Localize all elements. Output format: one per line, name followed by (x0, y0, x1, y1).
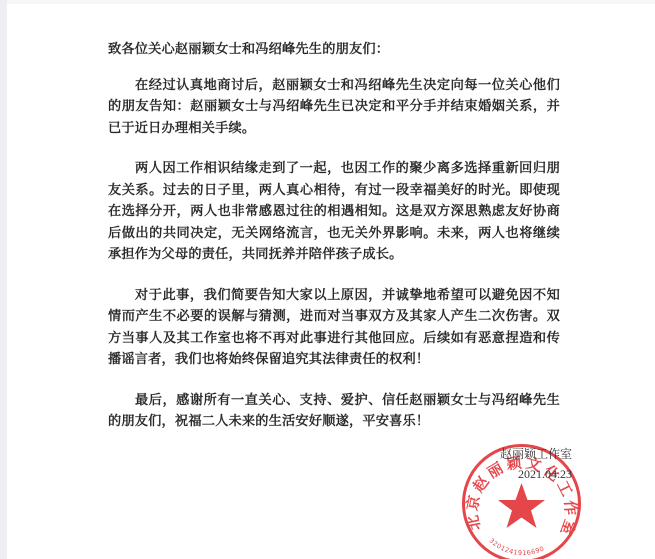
paragraph-2: 两人因工作相识结缘走到了一起，也因工作的聚少离多选择重新回归朋友关系。过去的日子… (108, 158, 560, 266)
statement-document: 致各位关心赵丽颖女士和冯绍峰先生的朋友们： 在经过认真地商讨后，赵丽颖女士和冯绍… (108, 39, 560, 452)
paragraph-4: 最后，感谢所有一直关心、支持、爱护、信任赵丽颖女士与冯绍峰先生的朋友们，祝福二人… (108, 390, 560, 433)
viewer-left-edge (0, 0, 7, 559)
paragraph-3: 对于此事，我们简要告知大家以上原因，并诚挚地希望可以避免因不知情而产生不必要的误… (108, 285, 560, 371)
signature-block: 赵丽颖工作室 2021.04.23 (500, 444, 572, 484)
signature-name: 赵丽颖工作室 (500, 444, 572, 464)
paragraph-1: 在经过认真地商讨后，赵丽颖女士和冯绍峰先生决定向每一位关心他们的朋友告知：赵丽颖… (108, 75, 560, 140)
viewer-top-edge (7, 0, 655, 4)
signature-date: 2021.04.23 (500, 464, 572, 484)
salutation: 致各位关心赵丽颖女士和冯绍峰先生的朋友们： (108, 39, 560, 61)
